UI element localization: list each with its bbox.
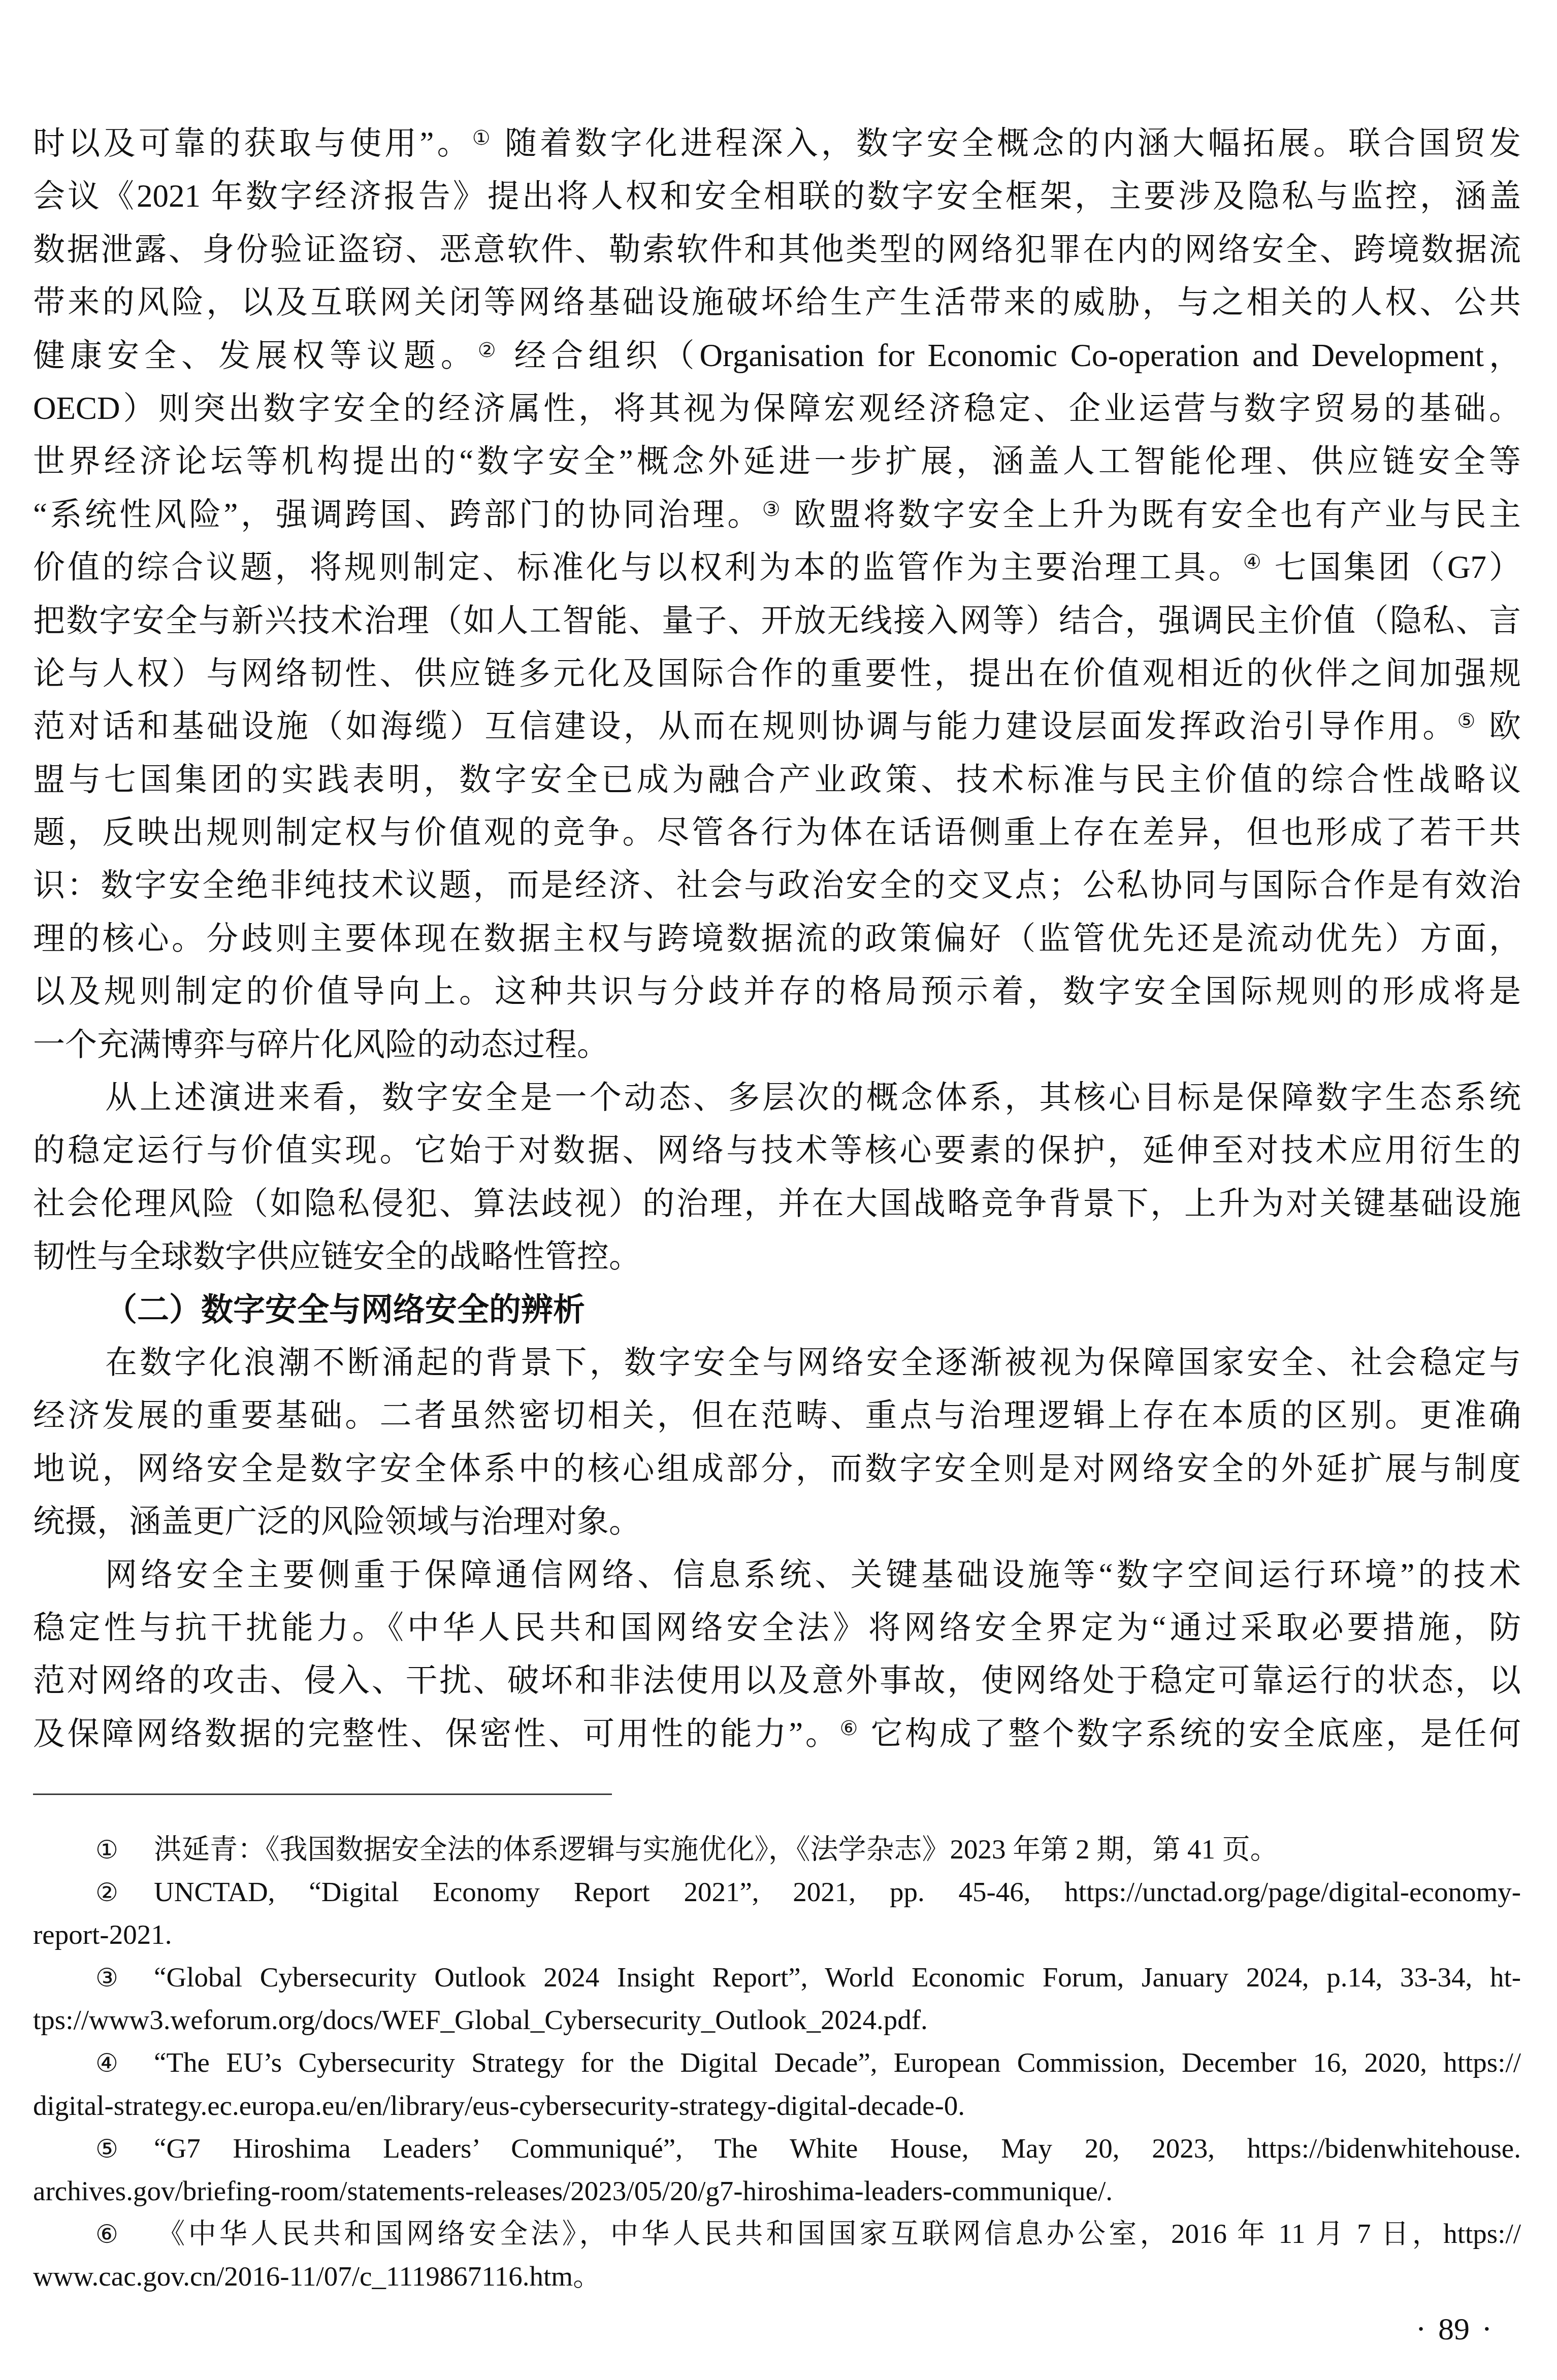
footnote: ⑤“G7 Hiroshima Leaders’ Communiqué”, The… bbox=[33, 2127, 1521, 2212]
line-text: 七国集团（G7） bbox=[1264, 549, 1521, 585]
footnote-line: ③“Global Cybersecurity Outlook 2024 Insi… bbox=[33, 1956, 1521, 1999]
body-line: 社会伦理风险（如隐私侵犯、算法歧视）的治理，并在大国战略竞争背景下，上升为对关键… bbox=[33, 1177, 1521, 1230]
body-line: 理的核心。分歧则主要体现在数据主权与跨境数据流的政策偏好（监管优先还是流动优先）… bbox=[33, 912, 1521, 965]
footnotes: ①洪延青：《我国数据安全法的体系逻辑与实施优化》，《法学杂志》2023 年第 2… bbox=[33, 1828, 1521, 2298]
body-line: 在数字化浪潮不断涌起的背景下，数字安全与网络安全逐渐被视为保障国家安全、社会稳定… bbox=[33, 1336, 1521, 1389]
body-line: OECD）则突出数字安全的经济属性，将其视为保障宏观经济稳定、企业运营与数字贸易… bbox=[33, 382, 1521, 435]
body-line: 范对网络的攻击、侵入、干扰、破坏和非法使用以及意外事故，使网络处于稳定可靠运行的… bbox=[33, 1654, 1521, 1707]
body-line: 数据泄露、身份验证盗窃、恶意软件、勒索软件和其他类型的网络犯罪在内的网络安全、跨… bbox=[33, 223, 1521, 276]
body-line: 范对话和基础设施（如海缆）互信建设，从而在规则协调与能力建设层面发挥政治引导作用… bbox=[33, 700, 1521, 753]
body-line: 网络安全主要侧重于保障通信网络、信息系统、关键基础设施等“数字空间运行环境”的技… bbox=[33, 1548, 1521, 1601]
line-text: 价值的综合议题，将规则制定、标准化与以权利为本的监管作为主要治理工具。 bbox=[33, 549, 1243, 585]
body-line: 会议《2021 年数字经济报告》提出将人权和安全相联的数字安全框架，主要涉及隐私… bbox=[33, 170, 1521, 222]
footnote: ③“Global Cybersecurity Outlook 2024 Insi… bbox=[33, 1956, 1521, 2041]
footnote-line: www.cac.gov.cn/2016-11/07/c_1119867116.h… bbox=[33, 2255, 1521, 2298]
footnote-separator bbox=[33, 1794, 612, 1795]
footnote-text: “G7 Hiroshima Leaders’ Communiqué”, The … bbox=[154, 2133, 1521, 2164]
footnote-number: ④ bbox=[95, 2042, 154, 2084]
line-text: 经合组织（Organisation for Economic Co-operat… bbox=[501, 338, 1521, 373]
line-text: “系统性风险”，强调跨国、跨部门的协同治理。 bbox=[33, 497, 762, 532]
footnote-ref: ⑤ bbox=[1457, 709, 1478, 733]
body-line: 统摄，涵盖更广泛的风险领域与治理对象。 bbox=[33, 1495, 1521, 1548]
footnote-number: ② bbox=[95, 1871, 154, 1913]
body-line: 地说，网络安全是数字安全体系中的核心组成部分，而数字安全则是对网络安全的外延扩展… bbox=[33, 1442, 1521, 1495]
footnote-text: UNCTAD, “Digital Economy Report 2021”, 2… bbox=[154, 1876, 1521, 1907]
footnote-number: ⑤ bbox=[95, 2128, 154, 2170]
body-line: 健康安全、发展权等议题。② 经合组织（Organisation for Econ… bbox=[33, 329, 1521, 382]
body-line: 及保障网络数据的完整性、保密性、可用性的能力”。⑥ 它构成了整个数字系统的安全底… bbox=[33, 1707, 1521, 1760]
body-line: 的稳定运行与价值实现。它始于对数据、网络与技术等核心要素的保护，延伸至对技术应用… bbox=[33, 1124, 1521, 1177]
body-line: 带来的风险，以及互联网关闭等网络基础设施破坏给生产生活带来的威胁，与之相关的人权… bbox=[33, 276, 1521, 329]
footnote-line: report-2021. bbox=[33, 1913, 1521, 1956]
body-text: 时以及可靠的获取与使用”。① 随着数字化进程深入，数字安全概念的内涵大幅拓展。联… bbox=[33, 117, 1521, 1760]
line-text: 欧盟将数字安全上升为既有安全也有产业与民主 bbox=[783, 497, 1521, 532]
footnote-ref: ③ bbox=[762, 498, 783, 521]
footnote-ref: ④ bbox=[1243, 550, 1264, 574]
line-text: 它构成了整个数字系统的安全底座，是任何 bbox=[860, 1716, 1521, 1751]
footnote-line: archives.gov/briefing-room/statements-re… bbox=[33, 2170, 1521, 2212]
body-line: 世界经济论坛等机构提出的“数字安全”概念外延进一步扩展，涵盖人工智能伦理、供应链… bbox=[33, 435, 1521, 487]
footnote-text: “Global Cybersecurity Outlook 2024 Insig… bbox=[154, 1962, 1521, 1993]
line-text: 随着数字化进程深入，数字安全概念的内涵大幅拓展。联合国贸发 bbox=[494, 125, 1521, 161]
body-line: 识：数字安全绝非纯技术议题，而是经济、社会与政治安全的交叉点；公私协同与国际合作… bbox=[33, 859, 1521, 911]
body-line: 稳定性与抗干扰能力。《中华人民共和国网络安全法》将网络安全界定为“通过采取必要措… bbox=[33, 1601, 1521, 1654]
footnote-number: ① bbox=[95, 1829, 154, 1871]
body-line: 时以及可靠的获取与使用”。① 随着数字化进程深入，数字安全概念的内涵大幅拓展。联… bbox=[33, 117, 1521, 170]
body-line: 以及规则制定的价值导向上。这种共识与分歧并存的格局预示着，数字安全国际规则的形成… bbox=[33, 965, 1521, 1018]
body-line: 韧性与全球数字供应链安全的战略性管控。 bbox=[33, 1230, 1521, 1283]
footnote-line: ⑥《中华人民共和国网络安全法》，中华人民共和国国家互联网信息办公室，2016 年… bbox=[33, 2212, 1521, 2255]
footnote-ref: ⑥ bbox=[839, 1717, 860, 1740]
footnote: ⑥《中华人民共和国网络安全法》，中华人民共和国国家互联网信息办公室，2016 年… bbox=[33, 2212, 1521, 2298]
line-text: 时以及可靠的获取与使用”。 bbox=[33, 125, 472, 161]
line-text: 范对话和基础设施（如海缆）互信建设，从而在规则协调与能力建设层面发挥政治引导作用… bbox=[33, 708, 1457, 744]
footnote: ①洪延青：《我国数据安全法的体系逻辑与实施优化》，《法学杂志》2023 年第 2… bbox=[33, 1828, 1521, 1871]
footnote-number: ③ bbox=[95, 1957, 154, 1999]
footnote-ref: ① bbox=[472, 126, 494, 150]
footnote-line: ⑤“G7 Hiroshima Leaders’ Communiqué”, The… bbox=[33, 2127, 1521, 2170]
footnote-text: 洪延青：《我国数据安全法的体系逻辑与实施优化》，《法学杂志》2023 年第 2 … bbox=[154, 1834, 1278, 1865]
footnote: ②UNCTAD, “Digital Economy Report 2021”, … bbox=[33, 1871, 1521, 1956]
footnote-line: ①洪延青：《我国数据安全法的体系逻辑与实施优化》，《法学杂志》2023 年第 2… bbox=[33, 1828, 1521, 1871]
footnote-line: ④“The EU’s Cybersecurity Strategy for th… bbox=[33, 2041, 1521, 2084]
body-line: 一个充满博弈与碎片化风险的动态过程。 bbox=[33, 1018, 1521, 1071]
line-text: 及保障网络数据的完整性、保密性、可用性的能力”。 bbox=[33, 1716, 839, 1751]
body-line: 题，反映出规则制定权与价值观的竞争。尽管各行为体在话语侧重上存在差异，但也形成了… bbox=[33, 806, 1521, 859]
page-number: · 89 · bbox=[1403, 2312, 1505, 2346]
footnote-line: ②UNCTAD, “Digital Economy Report 2021”, … bbox=[33, 1871, 1521, 1913]
footnote-ref: ② bbox=[478, 339, 501, 362]
body-line: 盟与七国集团的实践表明，数字安全已成为融合产业政策、技术标准与民主价值的综合性战… bbox=[33, 753, 1521, 806]
document-page: 时以及可靠的获取与使用”。① 随着数字化进程深入，数字安全概念的内涵大幅拓展。联… bbox=[0, 0, 1557, 2380]
body-line: 把数字安全与新兴技术治理（如人工智能、量子、开放无线接入网等）结合，强调民主价值… bbox=[33, 594, 1521, 647]
line-text: 健康安全、发展权等议题。 bbox=[33, 338, 478, 373]
footnote: ④“The EU’s Cybersecurity Strategy for th… bbox=[33, 2041, 1521, 2127]
footnote-text: 《中华人民共和国网络安全法》，中华人民共和国国家互联网信息办公室，2016 年 … bbox=[154, 2218, 1521, 2249]
body-line: “系统性风险”，强调跨国、跨部门的协同治理。③ 欧盟将数字安全上升为既有安全也有… bbox=[33, 488, 1521, 541]
body-line: 从上述演进来看，数字安全是一个动态、多层次的概念体系，其核心目标是保障数字生态系… bbox=[33, 1071, 1521, 1124]
body-line: 经济发展的重要基础。二者虽然密切相关，但在范畴、重点与治理逻辑上存在本质的区别。… bbox=[33, 1389, 1521, 1442]
footnote-number: ⑥ bbox=[95, 2213, 154, 2255]
footnote-line: digital-strategy.ec.europa.eu/en/library… bbox=[33, 2084, 1521, 2127]
body-line: 价值的综合议题，将规则制定、标准化与以权利为本的监管作为主要治理工具。④ 七国集… bbox=[33, 541, 1521, 594]
footnote-line: tps://www3.weforum.org/docs/WEF_Global_C… bbox=[33, 1999, 1521, 2041]
line-text: 欧 bbox=[1478, 708, 1521, 744]
body-line: 论与人权）与网络韧性、供应链多元化及国际合作的重要性，提出在价值观相近的伙伴之间… bbox=[33, 647, 1521, 700]
section-heading: （二）数字安全与网络安全的辨析 bbox=[33, 1283, 1521, 1336]
footnote-text: “The EU’s Cybersecurity Strategy for the… bbox=[154, 2047, 1521, 2078]
